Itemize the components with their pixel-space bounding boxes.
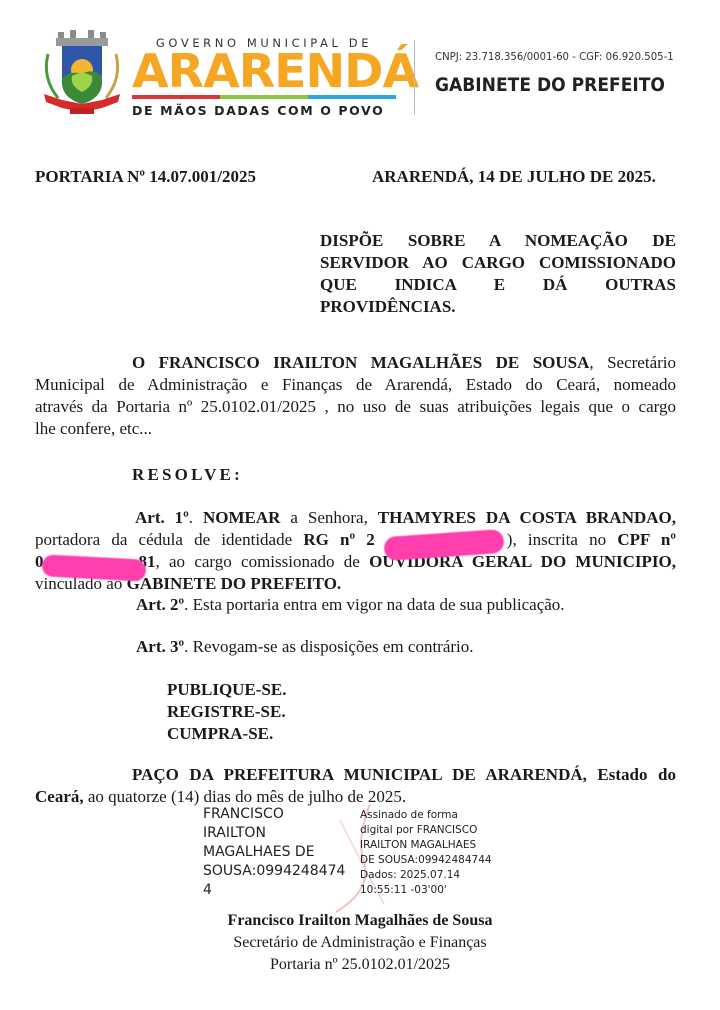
article-text: . Revogam-se as disposições em contrário… <box>184 637 473 656</box>
coat-of-arms-icon <box>36 28 128 120</box>
slogan: DE MÃOS DADAS COM O POVO <box>132 103 402 118</box>
preamble-name: O FRANCISCO IRAILTON MAGALHÃES DE SOUSA <box>132 353 589 372</box>
signature-info-line: Dados: 2025.07.14 <box>360 868 492 883</box>
signer-role: Secretário de Administração e Finanças <box>0 934 720 952</box>
signature-info-line: 10:55:11 -03'00' <box>360 883 492 898</box>
signature-info-line: IRAILTON MAGALHAES <box>360 838 492 853</box>
resolve-heading: RESOLVE: <box>132 464 243 486</box>
signature-name-line: MAGALHAES DE <box>203 843 345 862</box>
ementa-line: DISPÕE SOBRE A NOMEAÇÃO DE <box>320 230 676 252</box>
closing-line: REGISTRE-SE. <box>167 701 287 723</box>
article-label: Art. 3º <box>136 637 184 656</box>
closing-formula: PUBLIQUE-SE. REGISTRE-SE. CUMPRA-SE. <box>167 679 287 745</box>
preamble-text: , Secretário <box>589 353 676 372</box>
rg-value: 2 <box>366 530 375 549</box>
signature-info-line: Assinado de forma <box>360 808 492 823</box>
article-text: , inscrita no <box>512 530 617 549</box>
preamble-text: Municipal de Administração e Finanças de… <box>35 374 676 396</box>
digital-signature-info: Assinado de forma digital por FRANCISCO … <box>360 808 492 898</box>
document-number: PORTARIA Nº 14.07.001/2025 <box>35 166 256 188</box>
header-divider <box>414 40 415 115</box>
brand-block: GOVERNO MUNICIPAL DE ARARENDÁ DE MÃOS DA… <box>132 36 402 118</box>
ementa-line: SERVIDOR AO CARGO COMISSIONADO <box>320 252 676 274</box>
article-verb: NOMEAR <box>203 508 280 527</box>
rg-label: RG nº <box>303 530 355 549</box>
municipality-name: ARARENDÁ <box>132 49 410 93</box>
signer-name: Francisco Irailton Magalhães de Sousa <box>0 912 720 930</box>
preamble-text: lhe confere, etc... <box>35 418 676 440</box>
article-text: , ao cargo comissionado de <box>156 552 370 571</box>
closing-line: PUBLIQUE-SE. <box>167 679 287 701</box>
office-title: GABINETE DO PREFEITO <box>435 74 665 96</box>
article-label: Art. 1º <box>135 508 189 527</box>
preamble: O FRANCISCO IRAILTON MAGALHÃES DE SOUSA,… <box>35 352 676 440</box>
signature-info-line: digital por FRANCISCO <box>360 823 492 838</box>
signature-name-line: IRAILTON <box>203 824 345 843</box>
digital-signature-name: FRANCISCO IRAILTON MAGALHAES DE SOUSA:09… <box>203 805 345 900</box>
signature-name-line: 4 <box>203 881 345 900</box>
paco-state: Ceará, <box>35 787 84 806</box>
place-date: ARARENDÁ, 14 DE JULHO DE 2025. <box>372 166 656 188</box>
article-3: Art. 3º. Revogam-se as disposições em co… <box>136 636 474 658</box>
appointee-name: THAMYRES DA COSTA BRANDAO, <box>378 508 676 527</box>
article-2: Art. 2º. Esta portaria entra em vigor na… <box>136 594 565 616</box>
signature-info-line: DE SOUSA:09942484744 <box>360 853 492 868</box>
unit-name: GABINETE DO PREFEITO. <box>127 574 342 593</box>
article-text: a Senhora, <box>280 508 377 527</box>
signature-name-line: FRANCISCO <box>203 805 345 824</box>
closing-line: CUMPRA-SE. <box>167 723 287 745</box>
preamble-text: através da Portaria nº 25.0102.01/2025 ,… <box>35 396 676 418</box>
paco-line: PAÇO DA PREFEITURA MUNICIPAL DE ARARENDÁ… <box>35 764 676 786</box>
ementa-line: QUE INDICA E DÁ OUTRAS <box>320 274 676 296</box>
registry-numbers: CNPJ: 23.718.356/0001-60 - CGF: 06.920.5… <box>435 50 674 63</box>
article-text: . Esta portaria entra em vigor na data d… <box>184 595 564 614</box>
ementa: DISPÕE SOBRE A NOMEAÇÃO DE SERVIDOR AO C… <box>320 230 676 318</box>
signature-name-line: SOUSA:0994248474 <box>203 862 345 881</box>
article-text: portadora da cédula de identidade <box>35 530 303 549</box>
cpf-label: CPF nº <box>617 530 676 549</box>
signer-appointment: Portaria nº 25.0102.01/2025 <box>0 956 720 974</box>
ementa-line: PROVIDÊNCIAS. <box>320 296 676 318</box>
article-1: Art. 1º. NOMEAR a Senhora, THAMYRES DA C… <box>35 507 676 595</box>
article-label: Art. 2º <box>136 595 184 614</box>
